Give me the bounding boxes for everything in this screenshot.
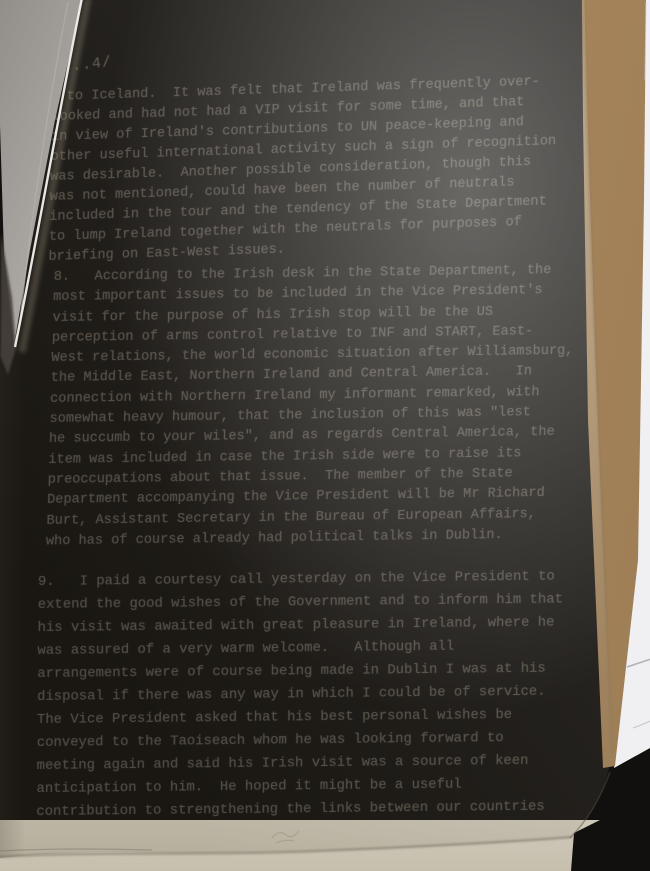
photo-of-document: ..4/ to Iceland. It was felt that Irelan… — [0, 0, 650, 871]
typed-document-page: ..4/ to Iceland. It was felt that Irelan… — [0, 0, 650, 871]
paragraph-continuation: to Iceland. It was felt that Ireland was… — [48, 72, 557, 268]
page-number-marker: ..4/ — [71, 54, 113, 75]
typed-line: contribution to strengthening the links … — [36, 796, 561, 825]
paragraph-8: 8. According to the Irish desk in the St… — [46, 261, 576, 553]
paragraph-9: 9. I paid a courtesy call yesterday on t… — [36, 566, 563, 825]
